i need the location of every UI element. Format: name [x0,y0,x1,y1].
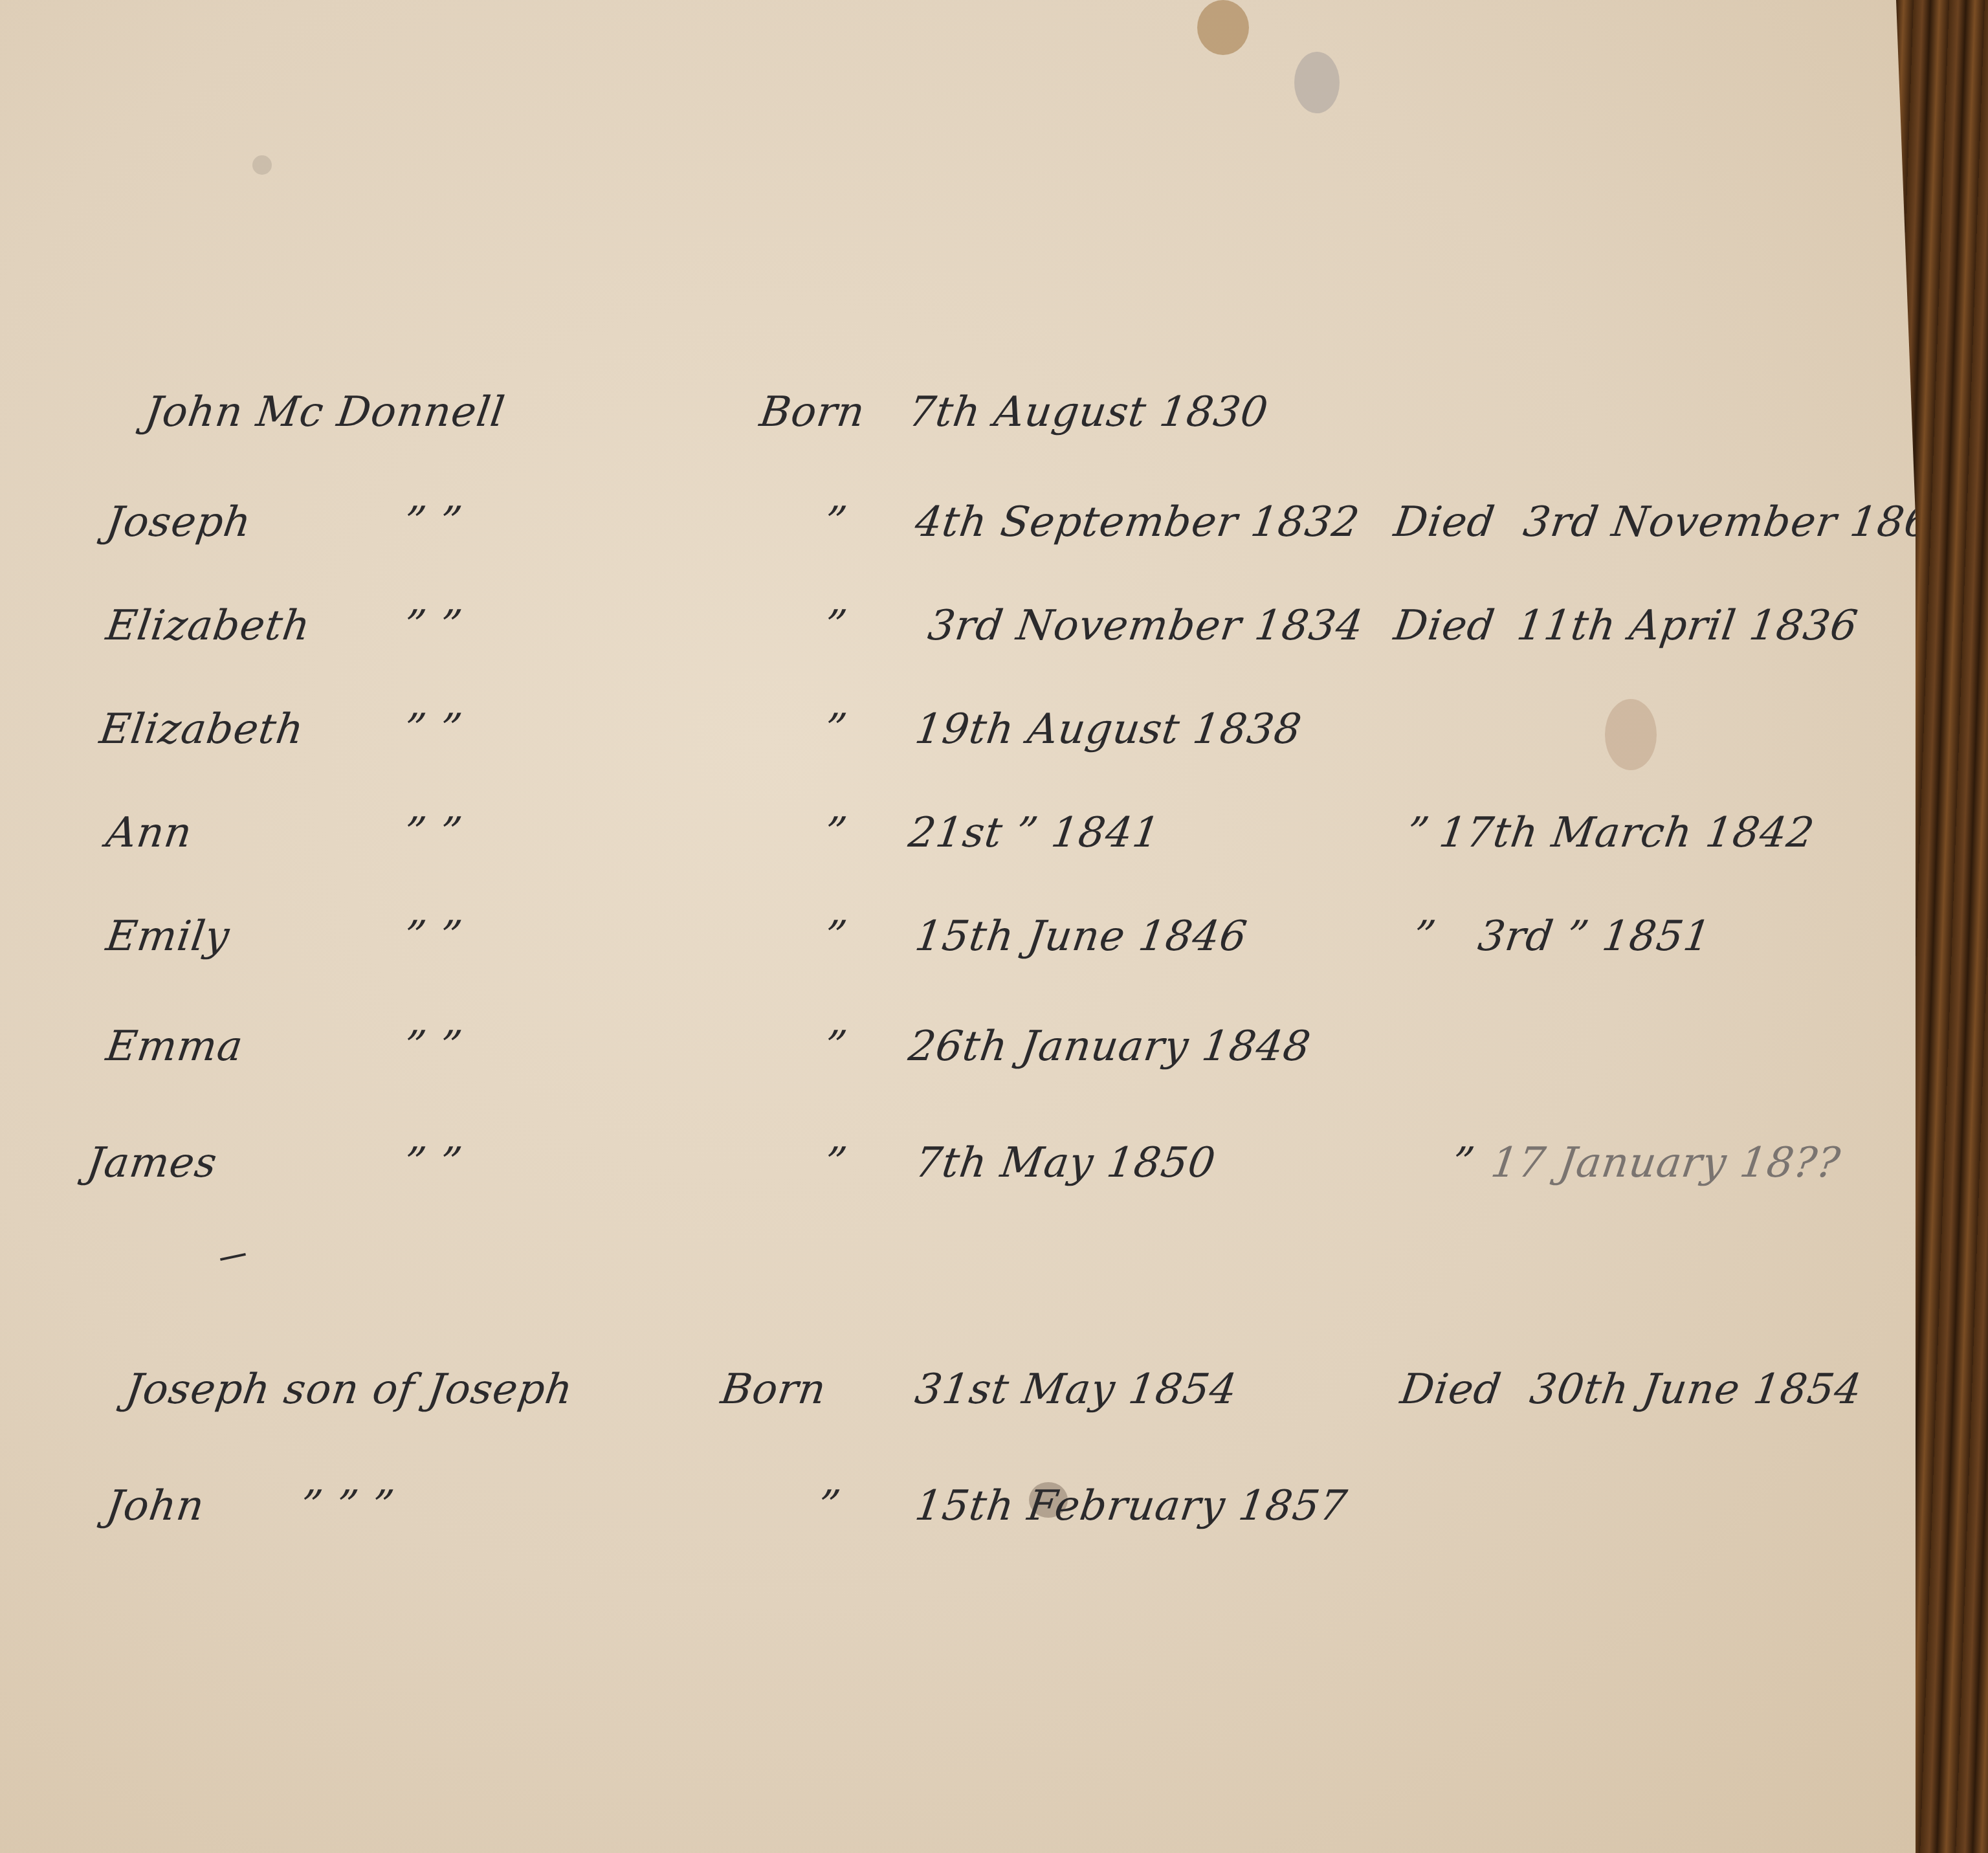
separator-dash [220,1253,246,1261]
record-name: James [84,1139,221,1187]
born-ditto: ” [815,1482,844,1530]
born-ditto: ” [822,1139,850,1187]
died-ditto: ” [1450,1139,1478,1187]
born-date: 19th August 1838 [912,705,1305,753]
born-date: 4th September 1832 [912,498,1363,546]
record-name: John [104,1482,208,1530]
died-ditto: ” [1404,809,1433,857]
born-label: Born [757,388,868,436]
record-name: Ann [104,809,195,857]
born-ditto: ” [822,705,850,753]
record-name: Joseph son of Joseph [123,1366,576,1414]
died-date: 30th June 1854 [1527,1366,1865,1414]
record-name: John Mc Donnell [142,388,508,436]
born-label: Born [718,1366,830,1414]
surname-ditto: ” ” ” [298,1482,397,1530]
born-ditto: ” [822,913,850,960]
born-date: 15th June 1846 [912,913,1250,960]
died-date: 3rd ” 1851 [1475,913,1714,960]
born-ditto: ” [822,809,850,857]
died-date: 17th March 1842 [1437,809,1818,857]
record-name: Elizabeth [104,602,314,650]
born-date: 21st ” 1841 [906,809,1164,857]
brown-stain [1605,699,1657,770]
surname-ditto: ” ” [401,913,465,960]
born-date: 31st May 1854 [912,1366,1241,1414]
born-date: 7th May 1850 [912,1139,1219,1187]
grey-stain [1294,52,1340,113]
born-ditto: ” [822,602,850,650]
record-name: Elizabeth [97,705,307,753]
born-date: 26th January 1848 [906,1023,1314,1071]
died-label: Died [1398,1366,1505,1414]
born-ditto: ” [822,1023,850,1071]
died-date-pencil: 17 January 18?? [1488,1139,1844,1187]
record-name: Emma [104,1023,247,1071]
paper-page: John Mc Donnell Born 7th August 1830 Jos… [0,0,1916,1853]
died-label: Died [1391,498,1498,546]
born-date: 7th August 1830 [906,388,1272,436]
record-name: Emily [104,913,233,960]
died-date: 11th April 1836 [1514,602,1861,650]
surname-ditto: ” ” [401,602,465,650]
surname-ditto: ” ” [401,498,465,546]
surname-ditto: ” ” [401,1023,465,1071]
born-ditto: ” [822,498,850,546]
spot-stain [252,155,272,175]
died-ditto: ” [1411,913,1439,960]
surname-ditto: ” ” [401,809,465,857]
surname-ditto: ” ” [401,705,465,753]
died-date: 3rd November 1865 [1521,498,1962,546]
born-date: 3rd November 1834 [925,602,1367,650]
brown-stain [1197,0,1249,55]
surname-ditto: ” ” [401,1139,465,1187]
record-name: Joseph [104,498,254,546]
died-label: Died [1391,602,1498,650]
born-date: 15th February 1857 [912,1482,1351,1530]
